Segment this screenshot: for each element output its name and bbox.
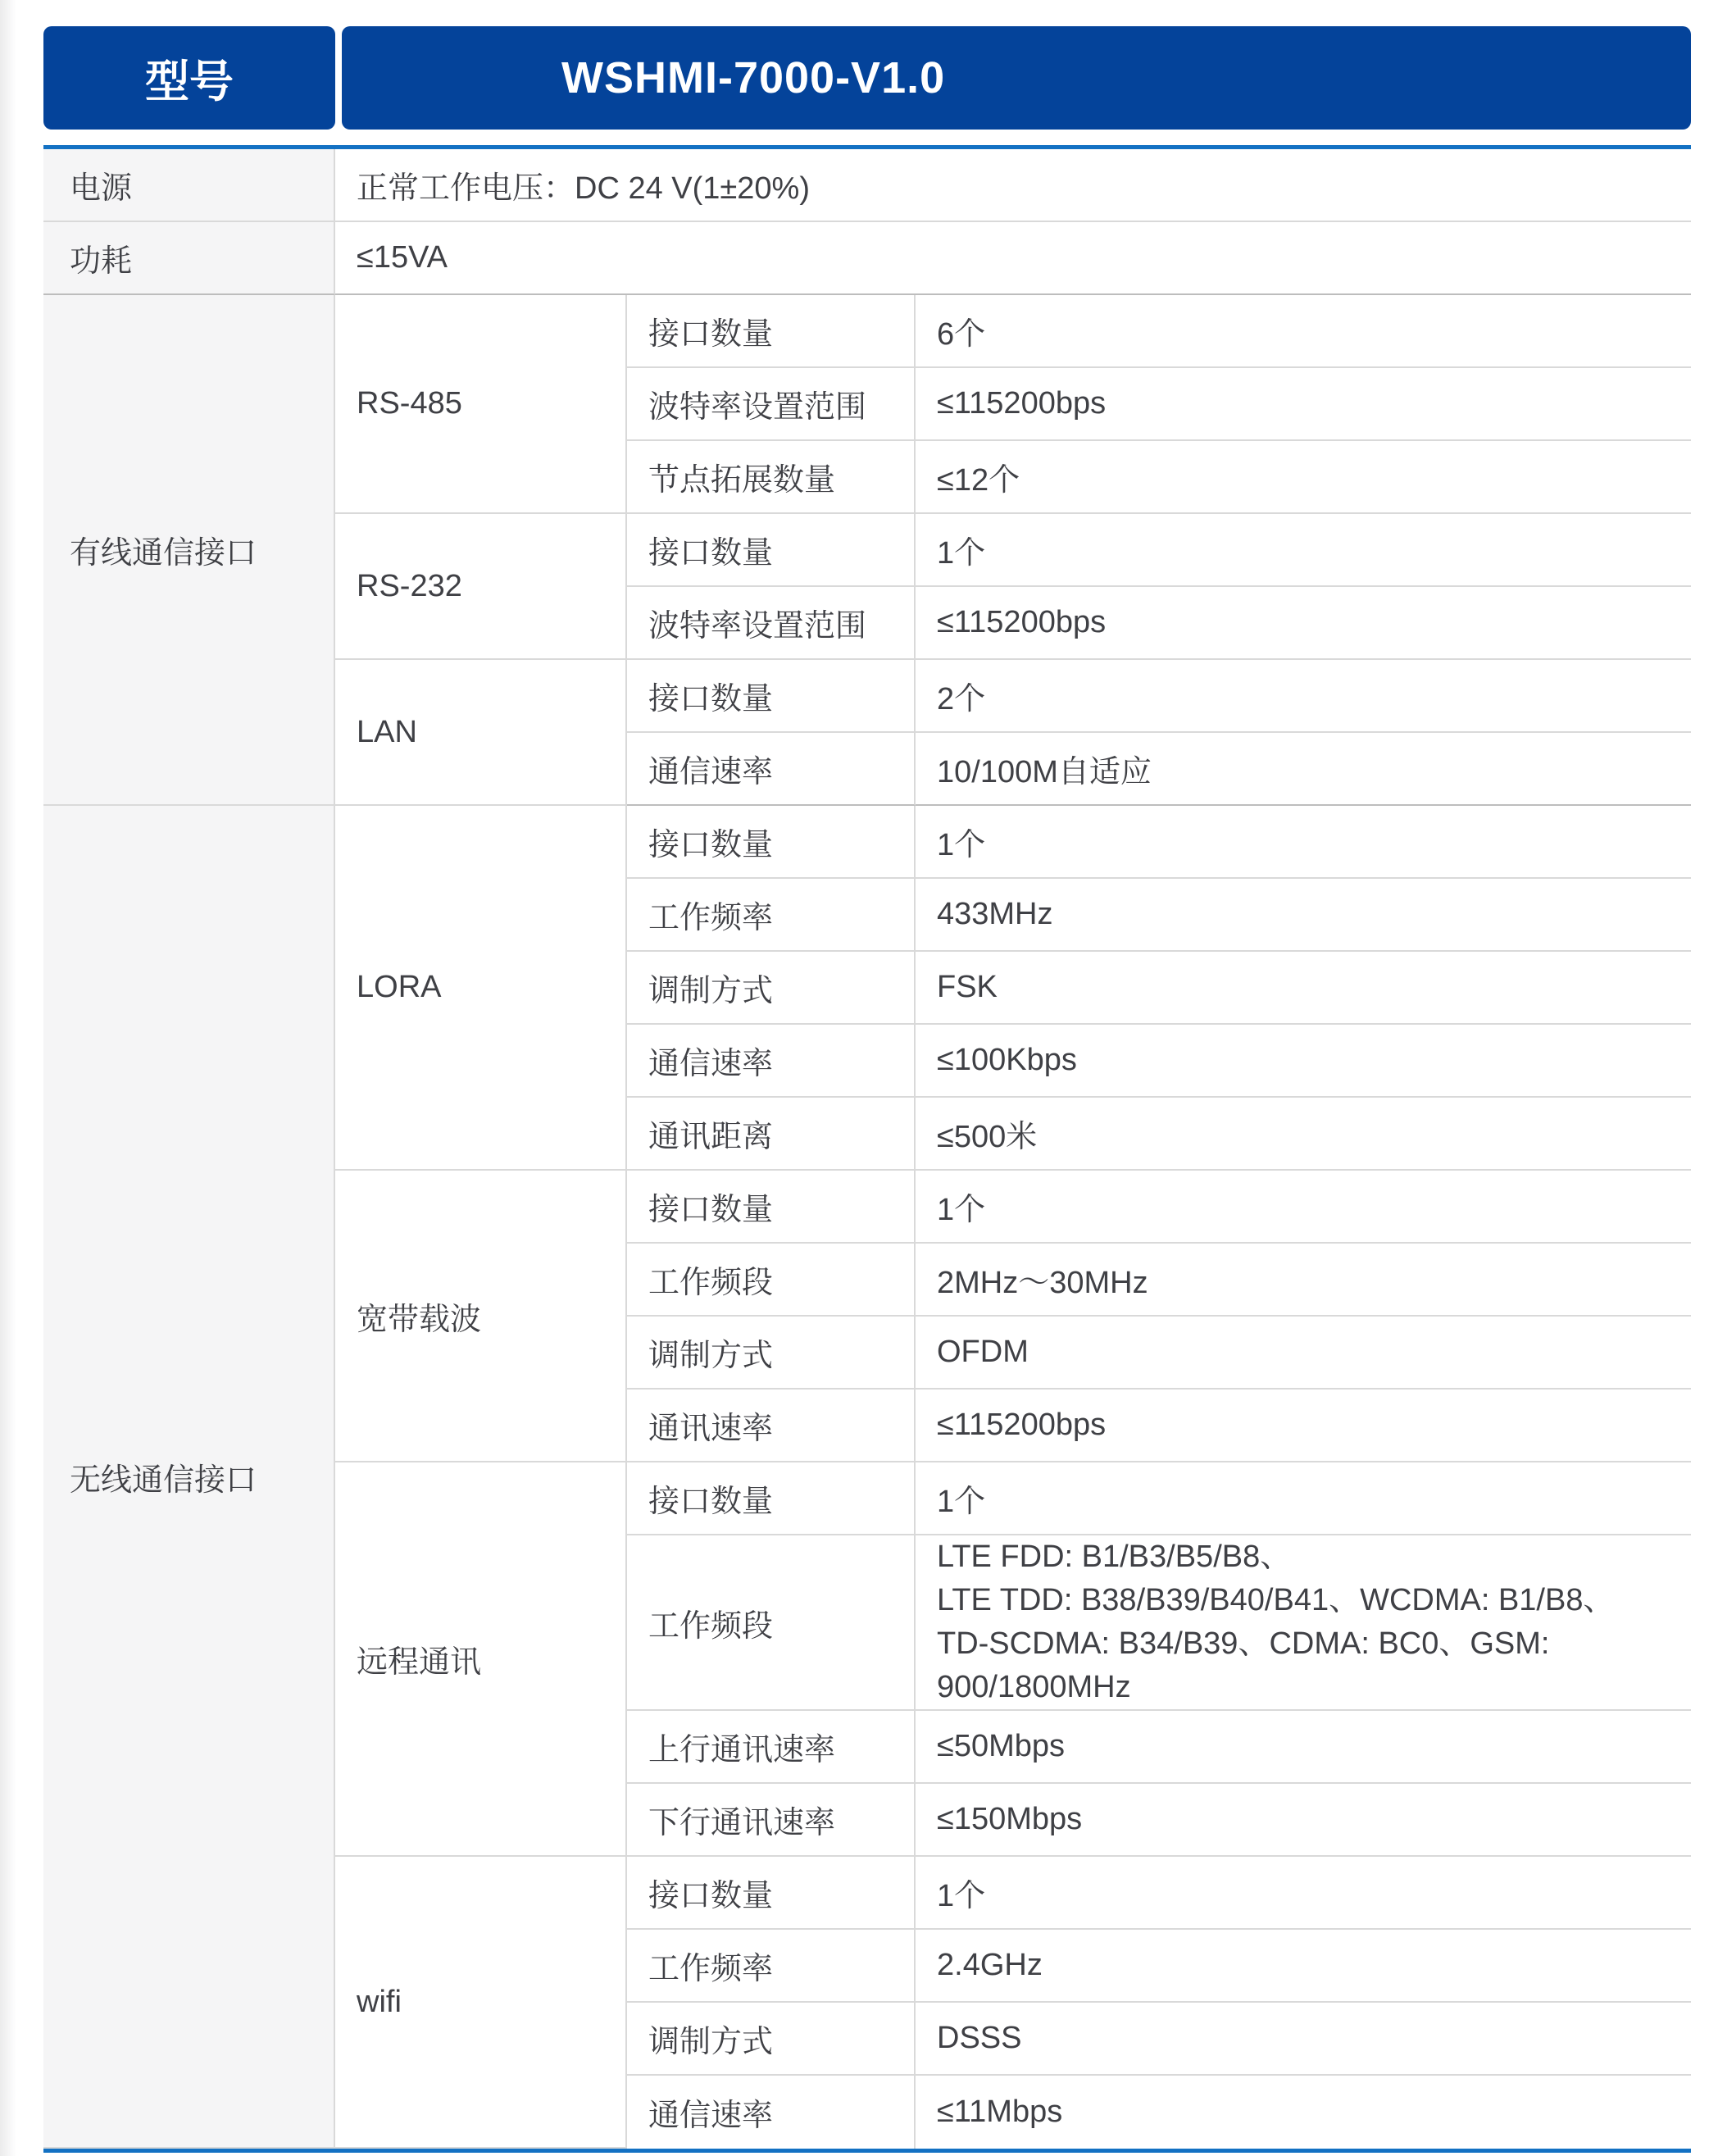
param-cell: 波特率设置范围 — [627, 368, 916, 441]
value-cell: ≤500米 — [916, 1098, 1691, 1171]
param-cell: 工作频率 — [627, 879, 916, 952]
param-cell: 通信速率 — [627, 733, 916, 806]
value-cell: ≤15VA — [335, 222, 1691, 295]
band-line: LTE FDD: B1/B3/B5/B8、 — [937, 1535, 1691, 1579]
param-cell: 下行通讯速率 — [627, 1784, 916, 1857]
spec-table: 电源 正常工作电压：DC 24 V(1±20%) 功耗 ≤15VA 有线通信接口… — [43, 149, 1691, 2149]
param-cell: 接口数量 — [627, 1857, 916, 1930]
model-label: 型号 — [145, 47, 234, 110]
value-cell: FSK — [916, 952, 1691, 1025]
param-cell: 接口数量 — [627, 806, 916, 879]
row-label-power: 电源 — [43, 149, 335, 222]
param-cell: 接口数量 — [627, 295, 916, 368]
value-cell: 2MHz～30MHz — [916, 1244, 1691, 1317]
value-cell: 1个 — [916, 1171, 1691, 1244]
model-value-cell: WSHMI-7000-V1.0 — [342, 26, 1691, 130]
param-cell: 调制方式 — [627, 2003, 916, 2076]
row-label-consumption: 功耗 — [43, 222, 335, 295]
param-cell: 接口数量 — [627, 660, 916, 733]
param-cell: 节点拓展数量 — [627, 441, 916, 514]
value-cell: ≤12个 — [916, 441, 1691, 514]
value-cell: ≤50Mbps — [916, 1711, 1691, 1784]
value-cell: 1个 — [916, 806, 1691, 879]
value-cell: 6个 — [916, 295, 1691, 368]
value-cell: 1个 — [916, 1857, 1691, 1930]
value-cell: ≤115200bps — [916, 368, 1691, 441]
value-cell: ≤115200bps — [916, 587, 1691, 660]
param-cell: 接口数量 — [627, 514, 916, 587]
group-cell-rs485: RS-485 — [335, 295, 627, 514]
value-cell: ≤150Mbps — [916, 1784, 1691, 1857]
group-cell-remote: 远程通讯 — [335, 1462, 627, 1857]
table-header: 型号 WSHMI-7000-V1.0 — [43, 26, 1691, 130]
param-cell: 通信速率 — [627, 1025, 916, 1098]
table-row: 电源 正常工作电压：DC 24 V(1±20%) — [43, 149, 1691, 222]
model-label-cell: 型号 — [43, 26, 335, 130]
param-cell: 调制方式 — [627, 952, 916, 1025]
group-cell-lora: LORA — [335, 806, 627, 1171]
param-cell: 接口数量 — [627, 1171, 916, 1244]
value-cell: 1个 — [916, 1462, 1691, 1535]
value-cell: 10/100M自适应 — [916, 733, 1691, 806]
value-cell: 正常工作电压：DC 24 V(1±20%) — [335, 149, 1691, 222]
value-cell: 2个 — [916, 660, 1691, 733]
value-cell: 1个 — [916, 514, 1691, 587]
table-row: 有线通信接口 RS-485 接口数量 6个 — [43, 295, 1691, 368]
param-cell: 波特率设置范围 — [627, 587, 916, 660]
param-cell: 通讯速率 — [627, 1390, 916, 1462]
value-cell: DSSS — [916, 2003, 1691, 2076]
value-cell: OFDM — [916, 1317, 1691, 1390]
page-edge-shadow — [0, 0, 16, 2156]
value-cell: ≤11Mbps — [916, 2076, 1691, 2149]
value-cell: 2.4GHz — [916, 1930, 1691, 2003]
param-cell: 通讯距离 — [627, 1098, 916, 1171]
param-cell: 工作频段 — [627, 1244, 916, 1317]
model-value: WSHMI-7000-V1.0 — [561, 52, 945, 103]
spec-sheet: 型号 WSHMI-7000-V1.0 电源 正常工作电压：DC 24 V(1±2… — [43, 26, 1691, 2153]
value-cell: ≤115200bps — [916, 1390, 1691, 1462]
band-line: TD-SCDMA: B34/B39、CDMA: BC0、GSM: 900/180… — [937, 1622, 1691, 1709]
value-cell: 433MHz — [916, 879, 1691, 952]
param-cell: 通信速率 — [627, 2076, 916, 2149]
band-line: LTE TDD: B38/B39/B40/B41、WCDMA: B1/B8、 — [937, 1579, 1691, 1622]
table-row: 无线通信接口 LORA 接口数量 1个 — [43, 806, 1691, 879]
value-cell: ≤100Kbps — [916, 1025, 1691, 1098]
group-cell-rs232: RS-232 — [335, 514, 627, 660]
param-cell: 工作频率 — [627, 1930, 916, 2003]
table-row: 功耗 ≤15VA — [43, 222, 1691, 295]
group-cell-wifi: wifi — [335, 1857, 627, 2149]
param-cell: 工作频段 — [627, 1535, 916, 1711]
param-cell: 接口数量 — [627, 1462, 916, 1535]
category-cell-wireless: 无线通信接口 — [43, 806, 335, 2149]
group-cell-broadband: 宽带载波 — [335, 1171, 627, 1462]
accent-rule-bottom — [43, 2149, 1691, 2153]
group-cell-lan: LAN — [335, 660, 627, 806]
param-cell: 调制方式 — [627, 1317, 916, 1390]
value-cell-multiline: LTE FDD: B1/B3/B5/B8、 LTE TDD: B38/B39/B… — [916, 1535, 1691, 1711]
param-cell: 上行通讯速率 — [627, 1711, 916, 1784]
category-cell-wired: 有线通信接口 — [43, 295, 335, 806]
